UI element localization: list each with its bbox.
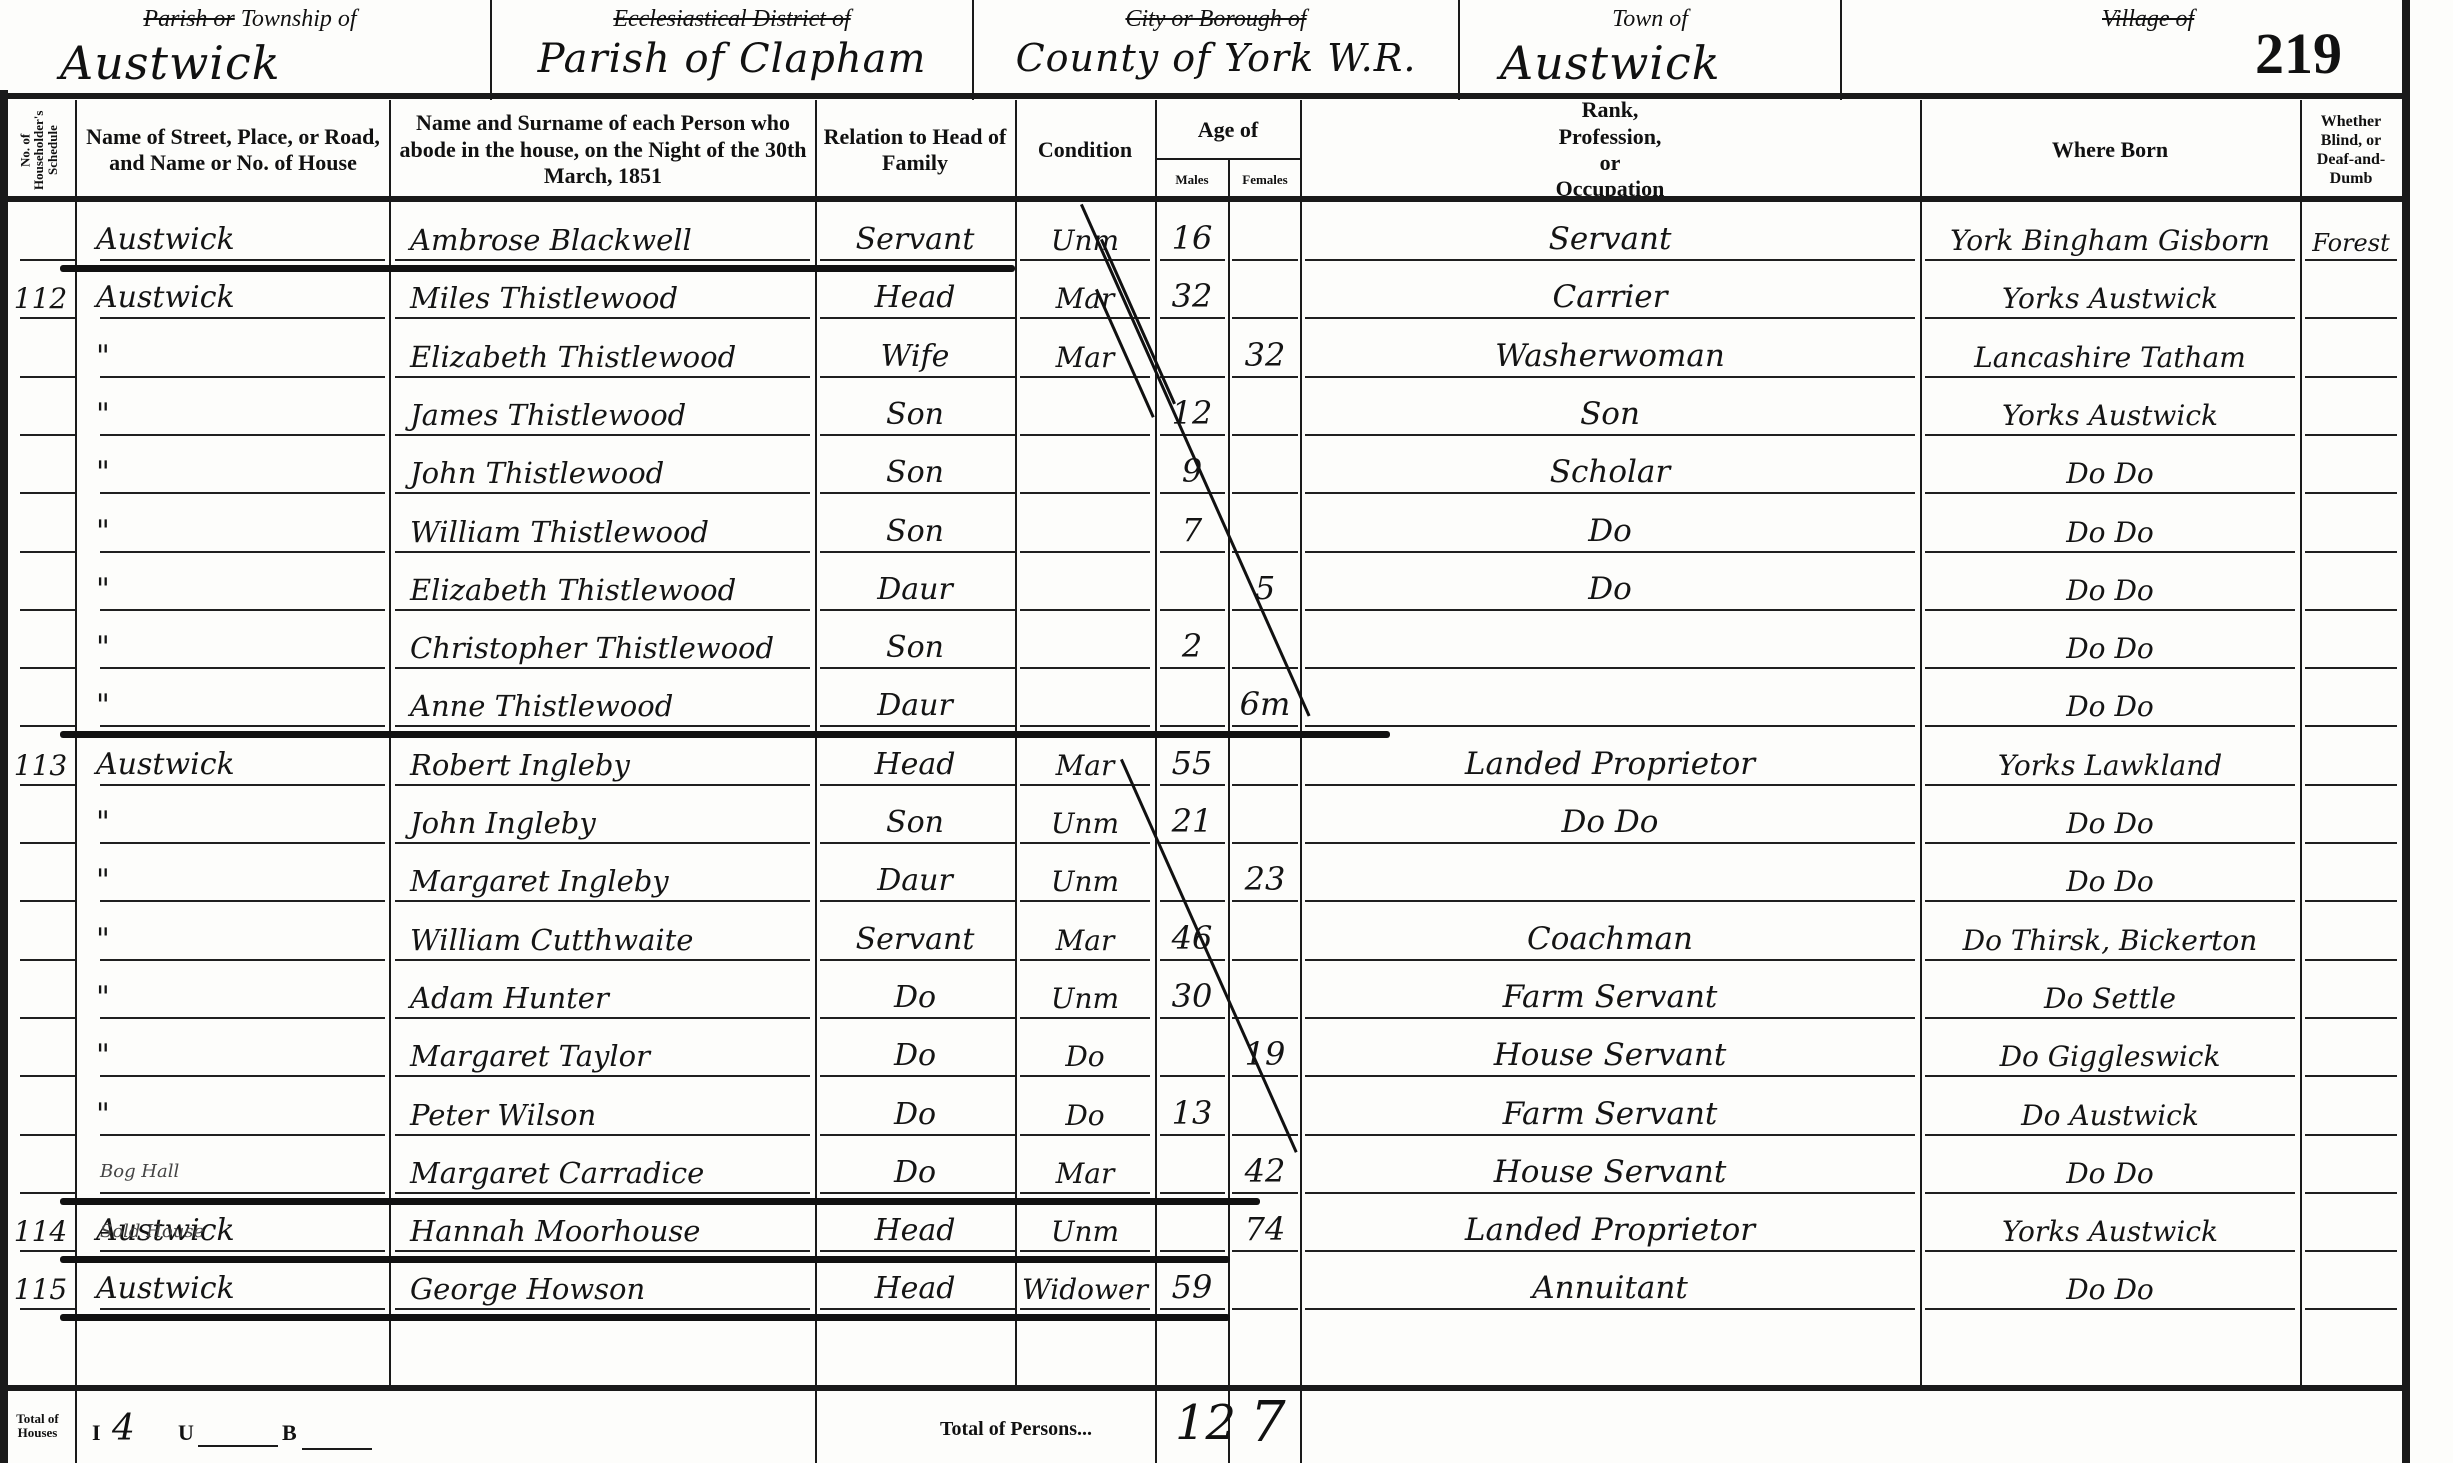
cell-street: " xyxy=(78,380,388,438)
cell-schedule: 112 xyxy=(6,263,75,321)
cell-relation: Son xyxy=(817,438,1013,496)
cell-occupation: Washerwoman xyxy=(1302,322,1918,380)
cell-female xyxy=(1230,380,1300,438)
ruled-line xyxy=(2305,667,2397,669)
cell-born: Yorks Austwick xyxy=(1922,380,2298,438)
cell-name: Miles Thistlewood xyxy=(392,263,814,321)
ruled-line xyxy=(395,725,810,727)
cell-schedule xyxy=(6,555,75,613)
ruled-line xyxy=(2305,1134,2397,1136)
cell-female xyxy=(1230,730,1300,788)
cell-occupation: Servant xyxy=(1302,205,1918,263)
ruled-line xyxy=(820,434,1015,436)
ruled-line xyxy=(1160,609,1225,611)
city-field: City or Borough of County of York W.R. xyxy=(974,0,1458,100)
ruled-line xyxy=(1305,725,1915,727)
ruled-line xyxy=(1232,1250,1298,1252)
cell-occupation: Do xyxy=(1302,555,1918,613)
cell-schedule xyxy=(6,438,75,496)
cell-condition xyxy=(1017,671,1153,729)
ruled-line xyxy=(1305,259,1915,261)
ruled-line xyxy=(820,842,1015,844)
cell-male: 55 xyxy=(1157,730,1227,788)
ruled-line xyxy=(2305,1075,2397,1077)
cell-female: 23 xyxy=(1230,846,1300,904)
uninhabited-prefix: U xyxy=(178,1420,194,1446)
ruled-line xyxy=(2305,1017,2397,1019)
ruled-line xyxy=(1020,492,1150,494)
ruled-line xyxy=(2305,492,2397,494)
cell-female xyxy=(1230,263,1300,321)
ruled-line xyxy=(1020,259,1150,261)
ruled-line xyxy=(2305,609,2397,611)
cell-street: Austwick xyxy=(78,1254,388,1312)
ruled-line xyxy=(820,900,1015,902)
ruled-line xyxy=(2305,551,2397,553)
cell-male xyxy=(1157,1138,1227,1196)
ruled-line xyxy=(1925,959,2295,961)
col-header-relation: Relation to Head of Family xyxy=(817,100,1013,200)
cell-street: " xyxy=(78,613,388,671)
divider xyxy=(1840,0,1842,100)
cell-name: Christopher Thistlewood xyxy=(392,613,814,671)
ruled-line xyxy=(1232,1308,1298,1310)
ruled-line xyxy=(1020,1134,1150,1136)
ruled-line xyxy=(100,667,385,669)
divider xyxy=(972,0,974,100)
ruled-line xyxy=(395,259,810,261)
cell-relation: Son xyxy=(817,788,1013,846)
ruled-line xyxy=(1305,1075,1915,1077)
cell-born: Do Do xyxy=(1922,438,2298,496)
cell-name: John Ingleby xyxy=(392,788,814,846)
ruled-line xyxy=(1160,317,1225,319)
cell-born: Yorks Austwick xyxy=(1922,263,2298,321)
divider xyxy=(0,93,2405,99)
cell-condition: Mar xyxy=(1017,905,1153,963)
total-houses-label: Total of Houses xyxy=(0,1392,75,1460)
ruled-line xyxy=(1305,959,1915,961)
inhabited-prefix: I xyxy=(92,1420,101,1446)
cell-condition: Do xyxy=(1017,1080,1153,1138)
col-header-age: Age of xyxy=(1157,100,1299,160)
ruled-line xyxy=(20,1134,75,1136)
cell-male xyxy=(1157,322,1227,380)
ruled-line xyxy=(1160,434,1225,436)
cell-condition: Do xyxy=(1017,1021,1153,1079)
ruled-line xyxy=(1232,1075,1298,1077)
ruled-line xyxy=(1020,1250,1150,1252)
ruled-line xyxy=(820,1134,1015,1136)
cell-condition: Mar xyxy=(1017,730,1153,788)
cell-born: Do Austwick xyxy=(1922,1080,2298,1138)
cell-born: Do Do xyxy=(1922,1254,2298,1312)
ruled-line xyxy=(395,1075,810,1077)
cell-relation: Wife xyxy=(817,322,1013,380)
ruled-line xyxy=(20,609,75,611)
col-header-blind: Whether Blind, or Deaf-and-Dumb xyxy=(2302,100,2400,200)
ruled-line xyxy=(395,317,810,319)
cell-born: York Bingham Gisborn xyxy=(1922,205,2298,263)
cell-schedule xyxy=(6,322,75,380)
ruled-line xyxy=(2305,434,2397,436)
ruled-line xyxy=(20,1017,75,1019)
cell-male: 59 xyxy=(1157,1254,1227,1312)
ecclesiastical-label: Ecclesiastical District of xyxy=(492,6,972,33)
ruled-line xyxy=(100,842,385,844)
ruled-line xyxy=(1020,609,1150,611)
ruled-line xyxy=(820,667,1015,669)
cell-name: Robert Ingleby xyxy=(392,730,814,788)
cell-schedule xyxy=(6,788,75,846)
cell-name: Elizabeth Thistlewood xyxy=(392,322,814,380)
ruled-line xyxy=(395,434,810,436)
ruled-line xyxy=(20,434,75,436)
cell-name: Anne Thistlewood xyxy=(392,671,814,729)
cell-relation: Son xyxy=(817,497,1013,555)
cell-name: Ambrose Blackwell xyxy=(392,205,814,263)
ruled-line xyxy=(1232,434,1298,436)
cell-female xyxy=(1230,1254,1300,1312)
ruled-line xyxy=(820,609,1015,611)
ruled-line xyxy=(2305,842,2397,844)
ruled-line xyxy=(2305,725,2397,727)
cell-occupation: Do Do xyxy=(1302,788,1918,846)
ruled-line xyxy=(1925,492,2295,494)
ruled-line xyxy=(20,725,75,727)
cell-relation: Servant xyxy=(817,205,1013,263)
ruled-line xyxy=(820,725,1015,727)
ruled-line xyxy=(1925,317,2295,319)
total-persons-label: Total of Persons... xyxy=(940,1418,1092,1441)
town-value: Austwick xyxy=(1460,36,1880,90)
cell-relation: Head xyxy=(817,1254,1013,1312)
ruled-line xyxy=(1232,492,1298,494)
cell-relation: Daur xyxy=(817,555,1013,613)
census-page: Parish or Township of Austwick Ecclesias… xyxy=(0,0,2453,1463)
cell-schedule xyxy=(6,497,75,555)
ruled-line xyxy=(1925,1134,2295,1136)
ruled-line xyxy=(2305,784,2397,786)
cell-female xyxy=(1230,1080,1300,1138)
cell-schedule xyxy=(6,205,75,263)
cell-male xyxy=(1157,1021,1227,1079)
ruled-line xyxy=(1305,1192,1915,1194)
cell-born: Do Do xyxy=(1922,497,2298,555)
cell-male: 21 xyxy=(1157,788,1227,846)
village-field: Village of 219 xyxy=(1842,0,2402,100)
cell-condition xyxy=(1017,555,1153,613)
ruled-line xyxy=(1925,609,2295,611)
ruled-line xyxy=(395,1250,810,1252)
cell-blind xyxy=(2302,555,2400,613)
cell-blind xyxy=(2302,1254,2400,1312)
cell-name: John Thistlewood xyxy=(392,438,814,496)
note-above-115: Sold House xyxy=(100,1218,204,1248)
ruled-line xyxy=(20,959,75,961)
ruled-line xyxy=(20,259,75,261)
ruled-line xyxy=(2305,900,2397,902)
ruled-line xyxy=(20,1192,75,1194)
ruled-line xyxy=(100,1075,385,1077)
cell-name: Elizabeth Thistlewood xyxy=(392,555,814,613)
ruled-line xyxy=(1160,725,1225,727)
ruled-line xyxy=(1020,1017,1150,1019)
ruled-line xyxy=(1160,959,1225,961)
cell-born: Do Do xyxy=(1922,555,2298,613)
cell-born: Do Giggleswick xyxy=(1922,1021,2298,1079)
cell-born: Do Do xyxy=(1922,613,2298,671)
ruled-line xyxy=(395,842,810,844)
ruled-line xyxy=(1232,725,1298,727)
ruled-line xyxy=(100,1017,385,1019)
ruled-line xyxy=(395,900,810,902)
ruled-line xyxy=(1160,1308,1225,1310)
cell-occupation: Son xyxy=(1302,380,1918,438)
ruled-line xyxy=(1232,1017,1298,1019)
ruled-line xyxy=(1925,259,2295,261)
ruled-line xyxy=(1232,784,1298,786)
cell-street: Austwick xyxy=(78,263,388,321)
ruled-line xyxy=(820,317,1015,319)
cell-schedule xyxy=(6,963,75,1021)
divider xyxy=(389,100,391,1390)
divider xyxy=(490,0,492,100)
cell-blind xyxy=(2302,730,2400,788)
ruled-line xyxy=(20,667,75,669)
cell-born: Yorks Lawkland xyxy=(1922,730,2298,788)
cell-name: William Thistlewood xyxy=(392,497,814,555)
cell-street: " xyxy=(78,963,388,1021)
ruled-line xyxy=(20,784,75,786)
cell-female xyxy=(1230,438,1300,496)
cell-male xyxy=(1157,671,1227,729)
ruled-line xyxy=(1305,842,1915,844)
cell-name: James Thistlewood xyxy=(392,380,814,438)
ruled-line xyxy=(1160,1017,1225,1019)
col-header-street: Name of Street, Place, or Road, and Name… xyxy=(78,100,388,200)
ruled-line xyxy=(20,492,75,494)
cell-occupation: Carrier xyxy=(1302,263,1918,321)
ruled-line xyxy=(100,434,385,436)
cell-male xyxy=(1157,846,1227,904)
ruled-line xyxy=(1925,376,2295,378)
ruled-line xyxy=(20,1250,75,1252)
cell-schedule xyxy=(6,1138,75,1196)
cell-schedule: 113 xyxy=(6,730,75,788)
ruled-line xyxy=(2305,317,2397,319)
ruled-line xyxy=(1232,842,1298,844)
cell-street: " xyxy=(78,671,388,729)
ruled-line xyxy=(1020,1308,1150,1310)
cell-relation: Head xyxy=(817,263,1013,321)
ruled-line xyxy=(395,551,810,553)
ruled-line xyxy=(1305,1017,1915,1019)
cell-blind xyxy=(2302,905,2400,963)
ruled-line xyxy=(1020,551,1150,553)
cell-blind xyxy=(2302,671,2400,729)
ruled-line xyxy=(1305,376,1915,378)
col-header-schedule: No. of Householder's Schedule xyxy=(4,100,74,200)
cell-occupation: Farm Servant xyxy=(1302,963,1918,1021)
cell-blind xyxy=(2302,497,2400,555)
ruled-line xyxy=(395,492,810,494)
ruled-line xyxy=(100,551,385,553)
cell-relation: Head xyxy=(817,730,1013,788)
ruled-line xyxy=(100,1308,385,1310)
ruled-line xyxy=(1160,1192,1225,1194)
total-males: 12 xyxy=(1175,1395,1236,1451)
cell-male xyxy=(1157,1196,1227,1254)
cell-name: George Howson xyxy=(392,1254,814,1312)
cell-blind xyxy=(2302,846,2400,904)
cell-blind xyxy=(2302,613,2400,671)
ruled-line xyxy=(1020,842,1150,844)
cell-blind xyxy=(2302,1196,2400,1254)
city-label: City or Borough of xyxy=(974,6,1458,33)
cell-male: 32 xyxy=(1157,263,1227,321)
ruled-line xyxy=(1305,317,1915,319)
ruled-line xyxy=(1020,725,1150,727)
ruled-line xyxy=(1020,900,1150,902)
ruled-line xyxy=(1305,434,1915,436)
ruled-line xyxy=(1232,551,1298,553)
ruled-line xyxy=(100,959,385,961)
ruled-line xyxy=(1160,376,1225,378)
cell-schedule xyxy=(6,1080,75,1138)
cell-name: Hannah Moorhouse xyxy=(392,1196,814,1254)
ruled-line xyxy=(1305,1250,1915,1252)
cell-schedule xyxy=(6,380,75,438)
ruled-line xyxy=(1020,959,1150,961)
col-header-females: Females xyxy=(1230,160,1300,200)
cell-schedule xyxy=(6,905,75,963)
ruled-line xyxy=(1020,667,1150,669)
cell-born: Do Do xyxy=(1922,846,2298,904)
cell-street: " xyxy=(78,1021,388,1079)
ruled-line xyxy=(1925,1192,2295,1194)
cell-condition xyxy=(1017,438,1153,496)
cell-relation: Do xyxy=(817,1080,1013,1138)
cell-name: Margaret Taylor xyxy=(392,1021,814,1079)
divider xyxy=(1458,0,1460,100)
ruled-line xyxy=(1925,1250,2295,1252)
ruled-line xyxy=(820,1017,1015,1019)
ruled-line xyxy=(1160,667,1225,669)
ruled-line xyxy=(20,317,75,319)
cell-occupation: Annuitant xyxy=(1302,1254,1918,1312)
cell-street: " xyxy=(78,846,388,904)
cell-relation: Son xyxy=(817,380,1013,438)
cell-name: Peter Wilson xyxy=(392,1080,814,1138)
cell-occupation xyxy=(1302,846,1918,904)
cell-street: Austwick xyxy=(78,730,388,788)
cell-female xyxy=(1230,905,1300,963)
ruled-line xyxy=(100,900,385,902)
cell-blind xyxy=(2302,438,2400,496)
total-females: 7 xyxy=(1250,1390,1286,1455)
ruled-line xyxy=(820,492,1015,494)
cell-relation: Son xyxy=(817,613,1013,671)
col-header-born: Where Born xyxy=(1922,100,2298,200)
ruled-line xyxy=(1232,1192,1298,1194)
ruled-line xyxy=(1160,259,1225,261)
page-border xyxy=(2402,0,2410,1463)
building-prefix: B xyxy=(282,1420,297,1446)
cell-street: " xyxy=(78,905,388,963)
cell-condition: Unm xyxy=(1017,1196,1153,1254)
cell-blind xyxy=(2302,1138,2400,1196)
ruled-line xyxy=(20,842,75,844)
cell-name: Margaret Ingleby xyxy=(392,846,814,904)
ruled-line xyxy=(1160,1075,1225,1077)
cell-street: " xyxy=(78,497,388,555)
cell-street: " xyxy=(78,322,388,380)
cell-female xyxy=(1230,788,1300,846)
building-blank xyxy=(302,1448,372,1450)
cell-female: 74 xyxy=(1230,1196,1300,1254)
cell-male: 2 xyxy=(1157,613,1227,671)
ruled-line xyxy=(1160,1134,1225,1136)
ruled-line xyxy=(2305,1192,2397,1194)
ruled-line xyxy=(1160,551,1225,553)
cell-occupation: Landed Proprietor xyxy=(1302,1196,1918,1254)
cell-born: Do Thirsk, Bickerton xyxy=(1922,905,2298,963)
cell-born: Do Do xyxy=(1922,788,2298,846)
cell-occupation: Farm Servant xyxy=(1302,1080,1918,1138)
col-header-condition: Condition xyxy=(1017,100,1153,200)
ruled-line xyxy=(1160,900,1225,902)
cell-condition xyxy=(1017,380,1153,438)
ruled-line xyxy=(100,609,385,611)
ruled-line xyxy=(1305,900,1915,902)
ruled-line xyxy=(1305,492,1915,494)
ruled-line xyxy=(2305,1308,2397,1310)
ruled-line xyxy=(1925,842,2295,844)
ruled-line xyxy=(1020,1075,1150,1077)
cell-condition xyxy=(1017,497,1153,555)
ruled-line xyxy=(820,1308,1015,1310)
ruled-line xyxy=(1305,667,1915,669)
ruled-line xyxy=(1232,259,1298,261)
ruled-line xyxy=(1232,376,1298,378)
cell-blind xyxy=(2302,788,2400,846)
cell-name: Adam Hunter xyxy=(392,963,814,1021)
cell-born: Lancashire Tatham xyxy=(1922,322,2298,380)
cell-female: 42 xyxy=(1230,1138,1300,1196)
col-header-occupation: Rank, Profession, or Occupation xyxy=(1302,100,1918,200)
ruled-line xyxy=(1020,1192,1150,1194)
ruled-line xyxy=(1305,1308,1915,1310)
ruled-line xyxy=(1305,551,1915,553)
cell-schedule xyxy=(6,846,75,904)
cell-condition: Unm xyxy=(1017,846,1153,904)
ruled-line xyxy=(20,1075,75,1077)
ruled-line xyxy=(100,317,385,319)
household-separator xyxy=(60,1314,1230,1321)
township-field: Parish or Township of Austwick xyxy=(10,0,490,100)
cell-occupation xyxy=(1302,613,1918,671)
page-number: 219 xyxy=(2255,20,2342,87)
ruled-line xyxy=(1160,842,1225,844)
cell-occupation: Landed Proprietor xyxy=(1302,730,1918,788)
cell-schedule xyxy=(6,1021,75,1079)
cell-occupation: House Servant xyxy=(1302,1138,1918,1196)
ruled-line xyxy=(20,900,75,902)
ruled-line xyxy=(100,259,385,261)
ruled-line xyxy=(20,376,75,378)
cell-male xyxy=(1157,555,1227,613)
